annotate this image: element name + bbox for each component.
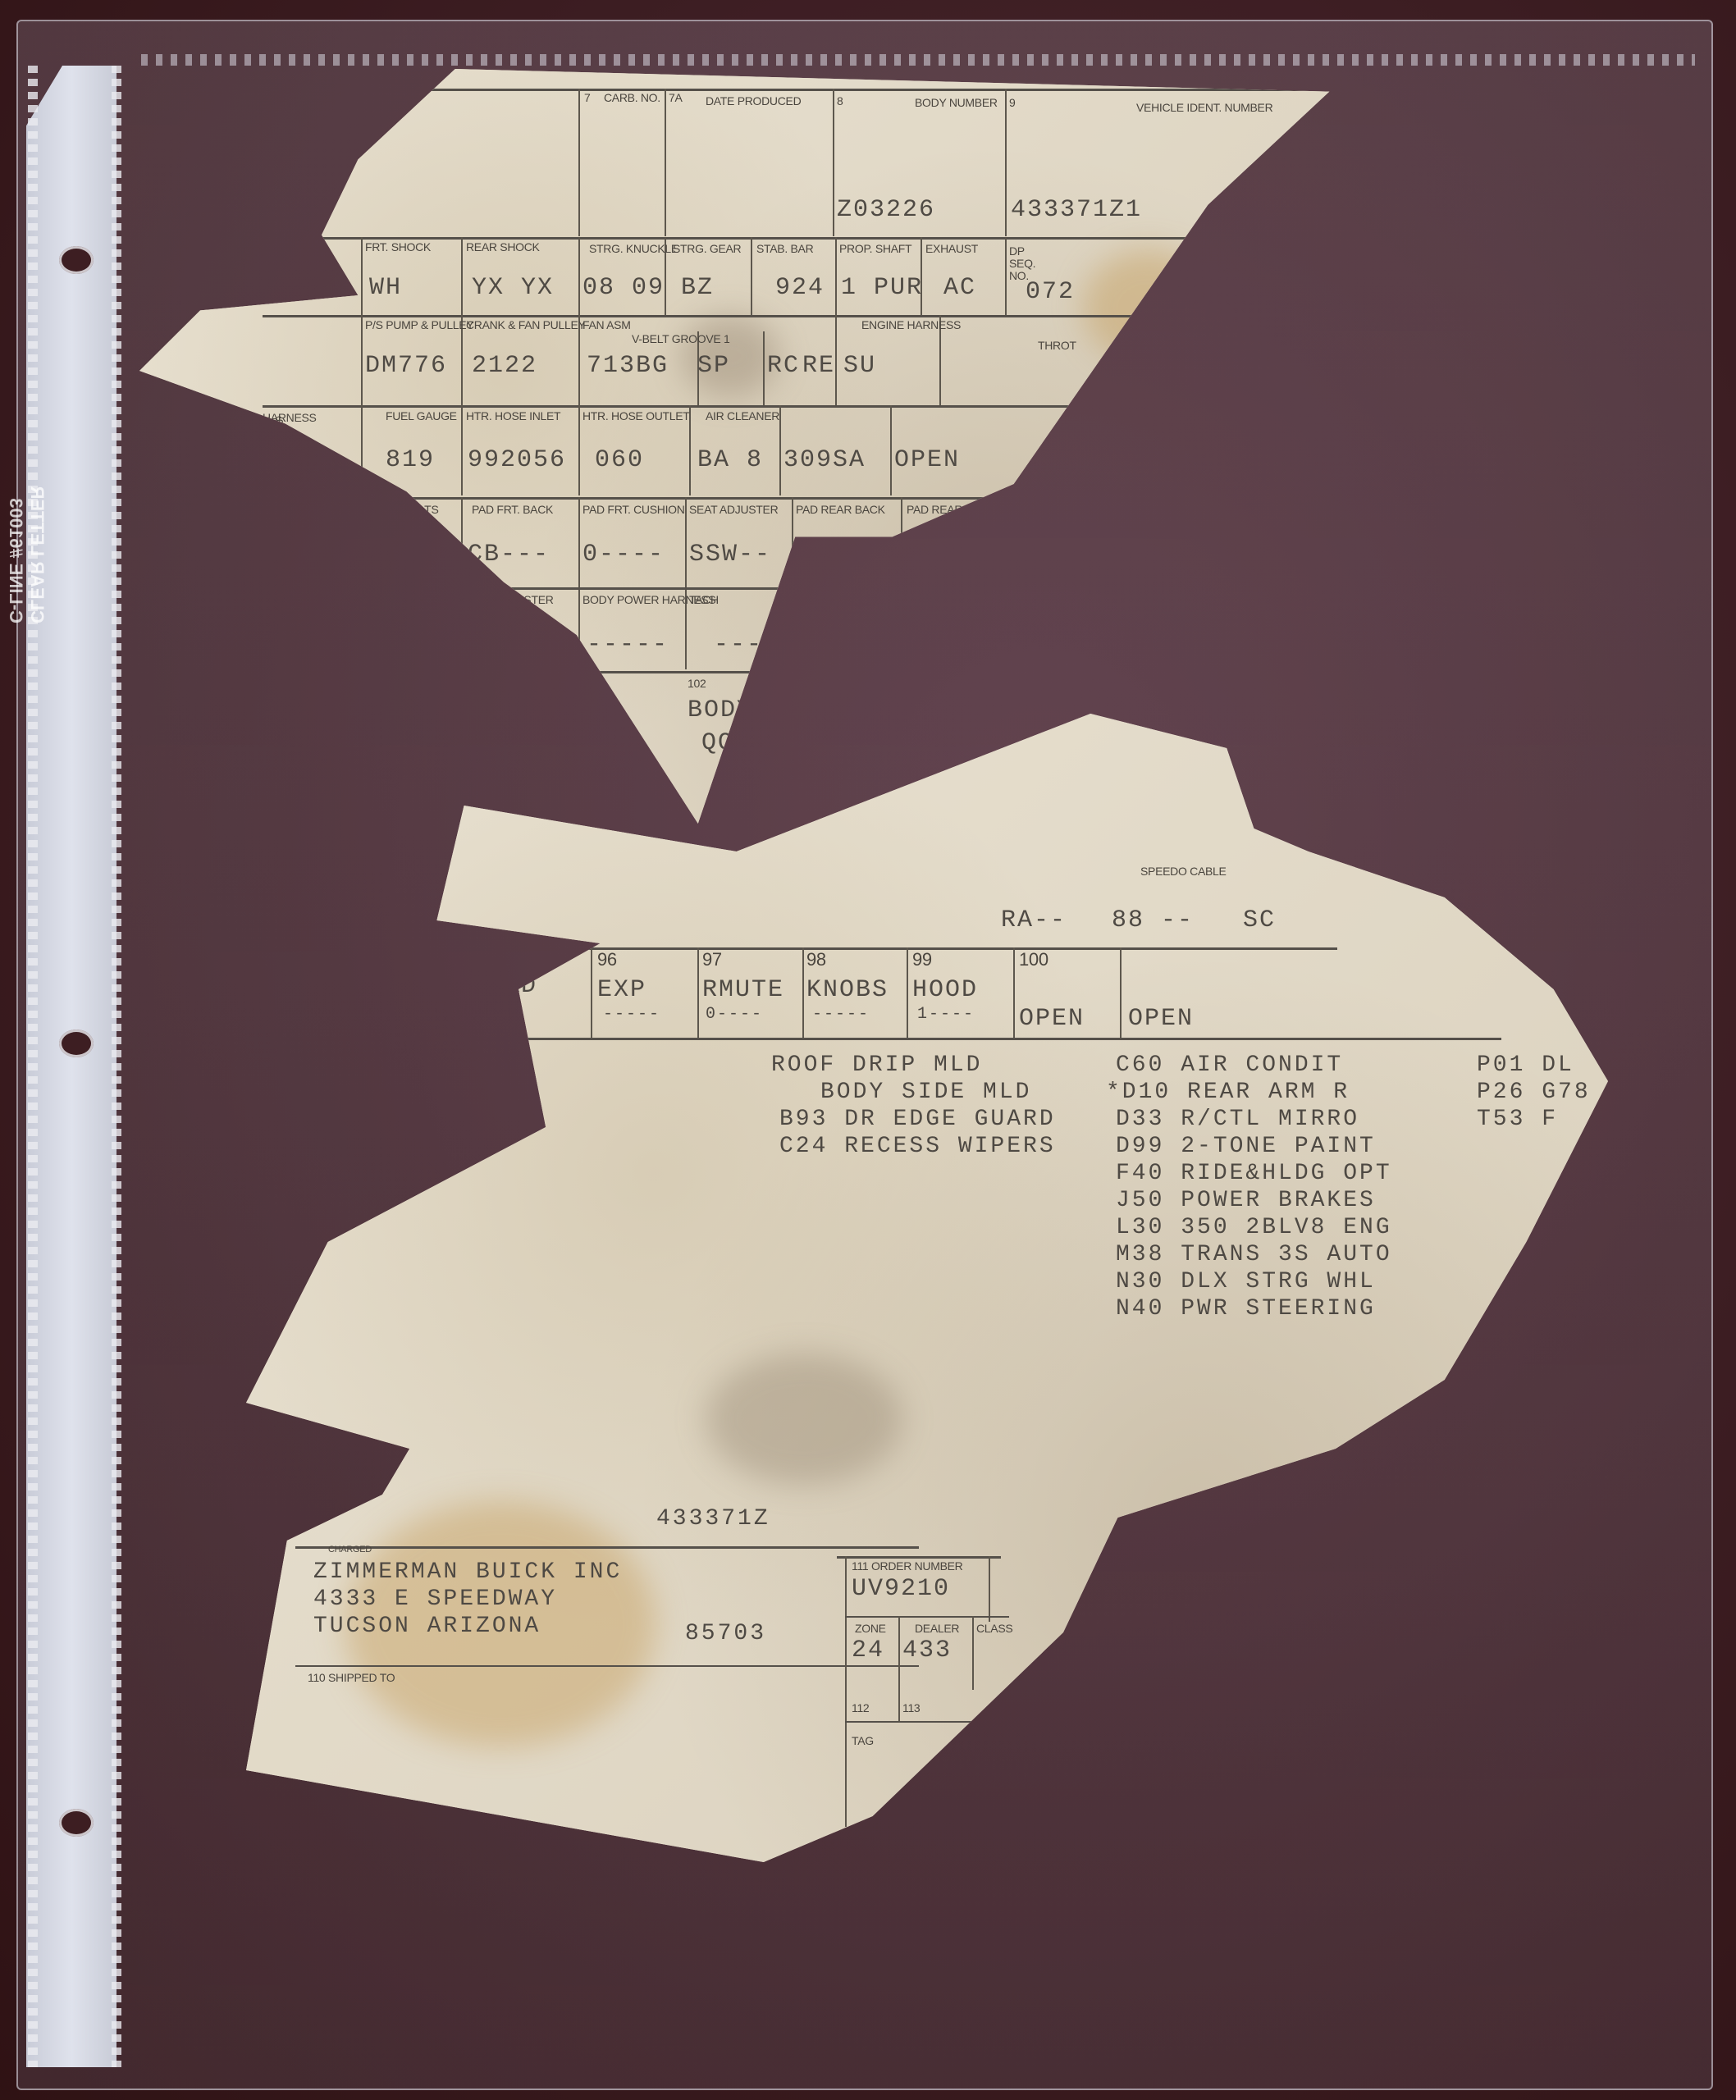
dp-seq-value: 072: [1026, 278, 1075, 306]
option-line: D33 R/CTL MIRRO: [1116, 1106, 1359, 1134]
shipped-to-label: 110 SHIPPED TO: [308, 1672, 395, 1684]
order-number-value: UV9210: [852, 1575, 950, 1603]
option-line: T53 F: [1477, 1106, 1558, 1134]
punch-hole-icon: [59, 246, 94, 274]
exhaust-label: EXHAUST: [925, 243, 978, 255]
dealer-zip: 85703: [685, 1620, 766, 1648]
field-96-value: EXP: [597, 976, 646, 1004]
seat-adjuster-value: SSW--: [689, 541, 771, 568]
pad-frt-back-label: PAD FRT. BACK: [472, 504, 553, 516]
speedo-value-3: SC: [1243, 906, 1276, 934]
dealer-label: DEALER: [915, 1623, 959, 1635]
option-line: N40 PWR STEERING: [1116, 1295, 1376, 1323]
vin-repeat: 433371Z: [656, 1505, 770, 1533]
air-cleaner-label: AIR CLEANER: [706, 410, 779, 422]
option-line: B93 DR EDGE GUARD: [779, 1106, 1056, 1134]
ps-pump-value: DM776: [365, 352, 447, 380]
field-102: 102: [688, 678, 706, 690]
dp-seq-label: DP SEQ. NO.: [1009, 245, 1042, 282]
fuel-gauge-value: 819: [386, 446, 435, 474]
order-number-label: 111 ORDER NUMBER: [852, 1560, 963, 1573]
option-line: L30 350 2BLV8 ENG: [1116, 1214, 1392, 1242]
strg-gear-value: BZ: [681, 274, 714, 302]
speedo-value-1: RA--: [1001, 906, 1067, 934]
class-label: CLASS: [976, 1623, 1012, 1635]
frt-shock-value: WH: [369, 274, 402, 302]
option-line: *D10 REAR ARM R: [1106, 1079, 1350, 1107]
carb-no-label: CARB. NO.: [604, 92, 660, 104]
field-96: 96: [597, 953, 617, 966]
seat-adjuster-label: SEAT ADJUSTER: [689, 504, 778, 516]
zone-label: ZONE: [855, 1623, 886, 1635]
tag-label: TAG: [852, 1735, 874, 1747]
exhaust-value: AC: [943, 274, 976, 302]
field-97-value: RMUTE: [702, 976, 784, 1004]
air-cleaner-value: BA 8: [697, 446, 763, 474]
field-98-sub: -----: [812, 1005, 870, 1024]
option-line: BODY SIDE MLD: [820, 1079, 1031, 1107]
option-line: P01 DL: [1477, 1052, 1574, 1080]
zone-value: 24: [852, 1637, 884, 1664]
stab-bar-value: 924: [775, 274, 825, 302]
crank-pulley-label: CRANK & FAN PULLEY: [466, 319, 586, 331]
field-99: 99: [912, 953, 932, 966]
field-98: 98: [806, 953, 826, 966]
field-num: 7A: [669, 92, 683, 104]
punch-hole-icon: [59, 1809, 94, 1837]
field-97-sub: 0----: [706, 1005, 763, 1024]
htr-hose-outlet-label: HTR. HOSE OUTLET: [582, 410, 690, 422]
strip-line-1: CLEAR LETTER: [26, 486, 48, 623]
option-line: N30 DLX STRG WHL: [1116, 1268, 1376, 1296]
strip-line-2: C-LINE #61003: [5, 486, 26, 623]
dealer-name: ZIMMERMAN BUICK INC: [313, 1559, 622, 1586]
punch-hole-icon: [59, 1029, 94, 1057]
crank-pulley-value: 2122: [472, 352, 537, 380]
fan-asm-label: FAN ASM: [582, 319, 631, 331]
frt-shock-label: FRT. SHOCK: [365, 241, 431, 253]
option-line: J50 POWER BRAKES: [1116, 1187, 1376, 1215]
field-112: 112: [852, 1702, 869, 1714]
speedo-value-2: 88 --: [1112, 906, 1194, 934]
body-number-value: Z03226: [837, 196, 935, 224]
option-line: D99 2-TONE PAINT: [1116, 1133, 1376, 1161]
pad-rear-back-label: PAD REAR BACK: [796, 504, 885, 516]
field-num: 8: [837, 95, 843, 107]
field-113: 113: [902, 1702, 920, 1714]
rear-shock-label: REAR SHOCK: [466, 241, 540, 253]
v-belt-label: V-BELT GROOVE 1: [632, 333, 729, 345]
stab-bar-label: STAB. BAR: [756, 243, 813, 255]
field-98-value: KNOBS: [806, 976, 889, 1004]
field-97: 97: [702, 953, 722, 966]
binder-perforation: [112, 66, 121, 2067]
pad-frt-cushion-label: PAD FRT. CUSHION: [582, 504, 685, 516]
binder-strip-label: CLEAR LETTER C-LINE #61003: [5, 486, 48, 623]
field-96-sub: -----: [603, 1005, 660, 1024]
pad-frt-cushion-value: 0----: [582, 541, 665, 568]
field-54-value: 309SA: [783, 446, 866, 474]
body-number-label: BODY NUMBER: [915, 97, 998, 109]
field-55-value: OPEN: [894, 446, 960, 474]
option-line: C60 AIR CONDIT: [1116, 1052, 1343, 1080]
speedo-cable-label: SPEEDO CABLE: [1140, 865, 1227, 878]
sleeve-seam: [141, 54, 1695, 66]
date-produced-label: DATE PRODUCED: [706, 95, 801, 107]
field-num: 7: [584, 92, 591, 104]
fuel-gauge-label: FUEL GAUGE: [386, 410, 457, 422]
strg-knuckle-label: STRG. KNUCKLE: [589, 243, 678, 255]
htr-hose-inlet-value: 992056: [468, 446, 566, 474]
strg-gear-label: STRG. GEAR: [673, 243, 741, 255]
field-100: 100: [1019, 953, 1048, 966]
option-line: ROOF DRIP MLD: [771, 1052, 982, 1080]
fan-asm-value: 713BG: [587, 352, 669, 380]
dealer-city: TUCSON ARIZONA: [313, 1613, 541, 1641]
field-99-value: HOOD: [912, 976, 978, 1004]
field-99-sub: 1----: [917, 1005, 975, 1024]
option-line: P26 G78: [1477, 1079, 1591, 1107]
prop-shaft-label: PROP. SHAFT: [839, 243, 911, 255]
htr-hose-outlet-value: 060: [595, 446, 644, 474]
v-belt-1-value: SP: [697, 352, 730, 380]
tach-label: TACH: [689, 594, 719, 606]
htr-hose-inlet-label: HTR. HOSE INLET: [466, 410, 560, 422]
binder-strip: [26, 66, 116, 2067]
dealer-address: 4333 E SPEEDWAY: [313, 1586, 557, 1614]
vin-value: 433371Z1: [1011, 196, 1142, 224]
binder-perforation: [28, 66, 38, 2067]
v-belt-2-value: RC: [767, 352, 800, 380]
body-power-harness-value: -----: [587, 631, 669, 659]
engine-harness-value: SU: [843, 352, 876, 380]
field-101-value: OPEN: [1128, 1005, 1194, 1033]
v-belt-3-value: RE: [802, 352, 835, 380]
vin-label: VEHICLE IDENT. NUMBER: [1136, 102, 1272, 114]
engine-harness-label: ENGINE HARNESS: [861, 319, 961, 331]
prop-shaft-value: 1 PUR: [841, 274, 923, 302]
throttle-label: THROT: [1038, 340, 1076, 352]
option-line: C24 RECESS WIPERS: [779, 1133, 1056, 1161]
charged-label: CHARGED: [328, 1544, 372, 1556]
option-line: M38 TRANS 3S AUTO: [1116, 1241, 1392, 1269]
field-num: 9: [1009, 97, 1016, 109]
strg-knuckle-value: 08 09: [582, 274, 665, 302]
dealer-code-value: 433: [902, 1637, 952, 1664]
option-line: F40 RIDE&HLDG OPT: [1116, 1160, 1392, 1188]
ps-pump-label: P/S PUMP & PULLEY: [365, 319, 473, 331]
rear-shock-value: YX YX: [472, 274, 554, 302]
field-100-value: OPEN: [1019, 1005, 1085, 1033]
